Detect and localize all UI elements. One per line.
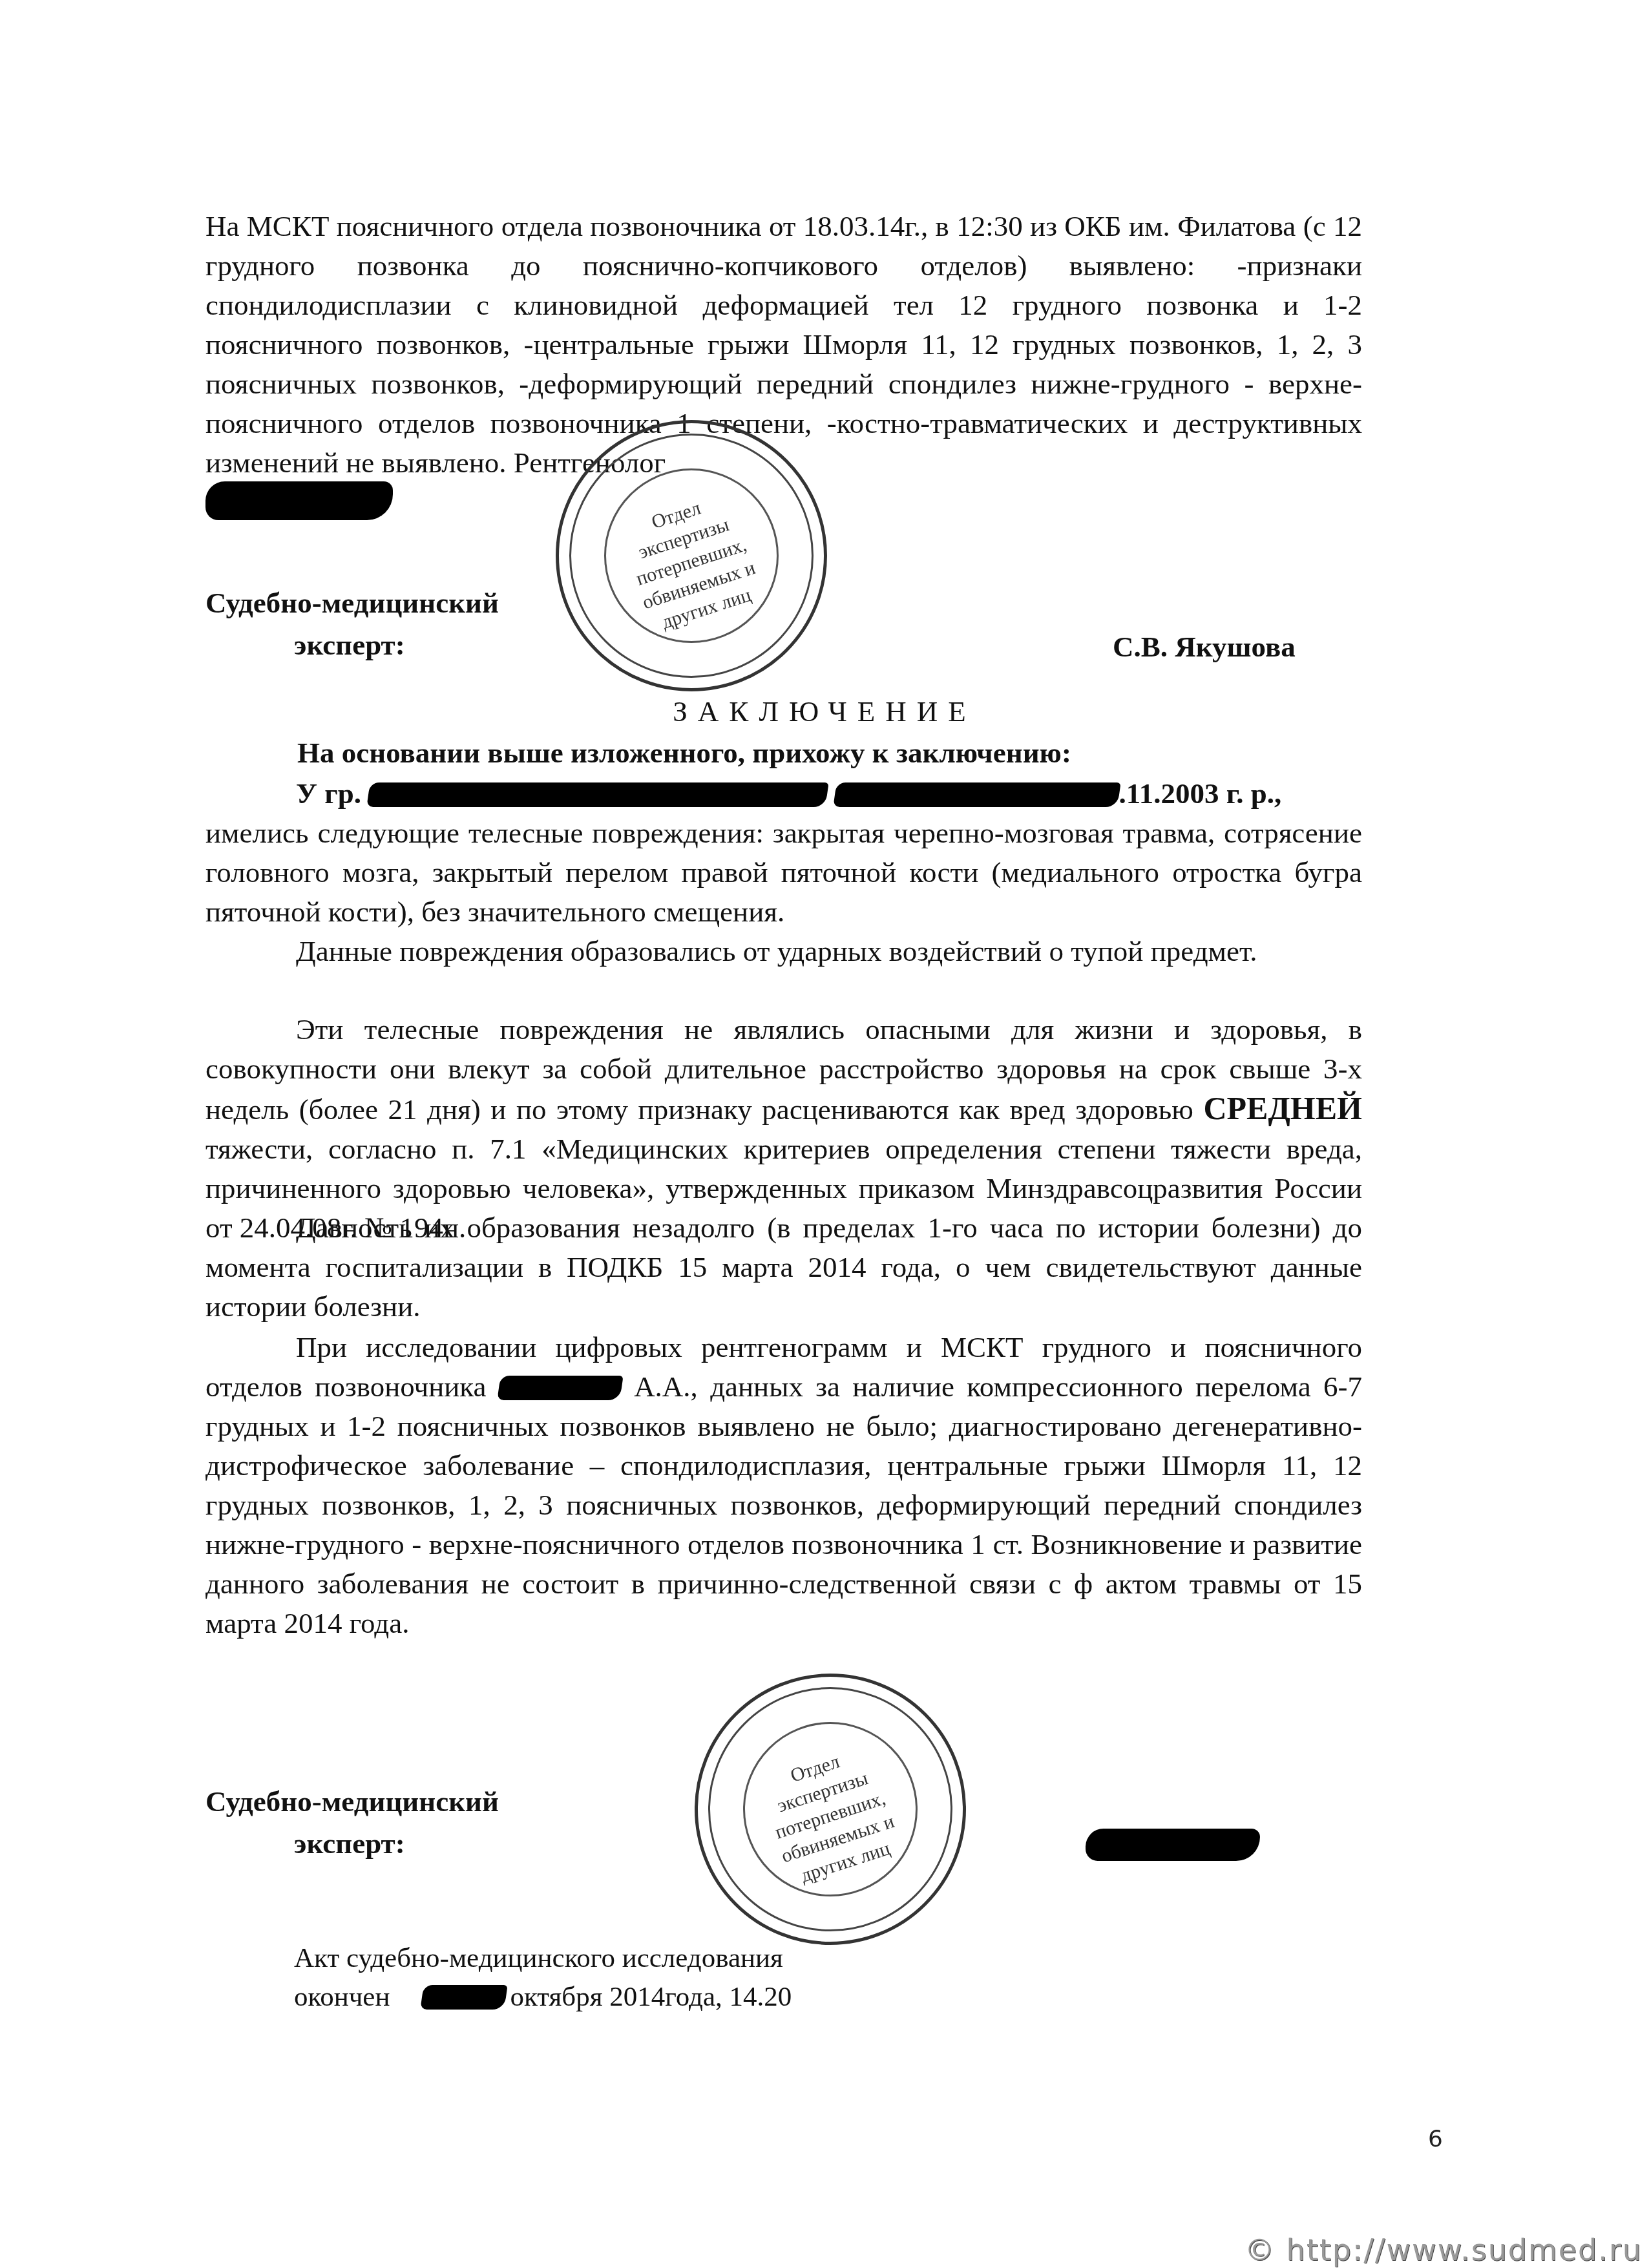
stamp-inner-text: Отдел экспертизы потерпевших, обвиняемых…	[547, 463, 837, 661]
redaction-radiologist	[205, 481, 393, 520]
site-watermark: © http://www.sudmed.ru	[1245, 2232, 1643, 2267]
signature-label-line2: эксперт:	[294, 624, 405, 666]
redaction-patient-dob	[833, 782, 1120, 807]
stamp-inner-text: Отдел экспертизы потерпевших, обвиняемых…	[686, 1716, 976, 1915]
mechanism-paragraph: Данные повреждения образовались от ударн…	[205, 932, 1362, 971]
patient-line: У гр. .11.2003 г. р.,	[205, 774, 1362, 814]
timing-paragraph: Давность их образования незадолго (в пре…	[205, 1208, 1362, 1327]
xray-paragraph: При исследовании цифровых рентгенограмм …	[205, 1328, 1362, 1643]
document-page: На МСКТ поясничного отдела позвоночника …	[0, 0, 1649, 2268]
mskt-findings-paragraph: На МСКТ поясничного отдела позвоночника …	[205, 207, 1362, 483]
severity-emphasis: СРЕДНЕЙ	[1203, 1090, 1362, 1126]
official-stamp-1: Отдел экспертизы потерпевших, обвиняемых…	[556, 420, 827, 691]
act-line-1: Акт судебно-медицинского исследования	[294, 1938, 1069, 1978]
signature2-label-line1: Судебно-медицинский	[205, 1780, 499, 1823]
conclusion-title: ЗАКЛЮЧЕНИЕ	[0, 695, 1649, 728]
redaction-surname	[497, 1376, 623, 1400]
conclusion-intro: На основании выше изложенного, прихожу к…	[297, 733, 1454, 773]
act-line-2: оконченоктября 2014года, 14.20	[294, 1977, 1069, 2017]
injuries-paragraph: имелись следующие телесные повреждения: …	[205, 814, 1362, 932]
redaction-day	[421, 1985, 508, 2010]
expert-name: С.В. Якушова	[1113, 625, 1296, 668]
page-number: 6	[1428, 2126, 1443, 2152]
redaction-expert-signature	[1086, 1829, 1260, 1861]
signature2-label-line2: эксперт:	[294, 1822, 405, 1865]
signature-label-line1: Судебно-медицинский	[205, 582, 499, 624]
redaction-patient-name	[367, 782, 829, 807]
official-stamp-2: Отдел экспертизы потерпевших, обвиняемых…	[695, 1674, 966, 1945]
